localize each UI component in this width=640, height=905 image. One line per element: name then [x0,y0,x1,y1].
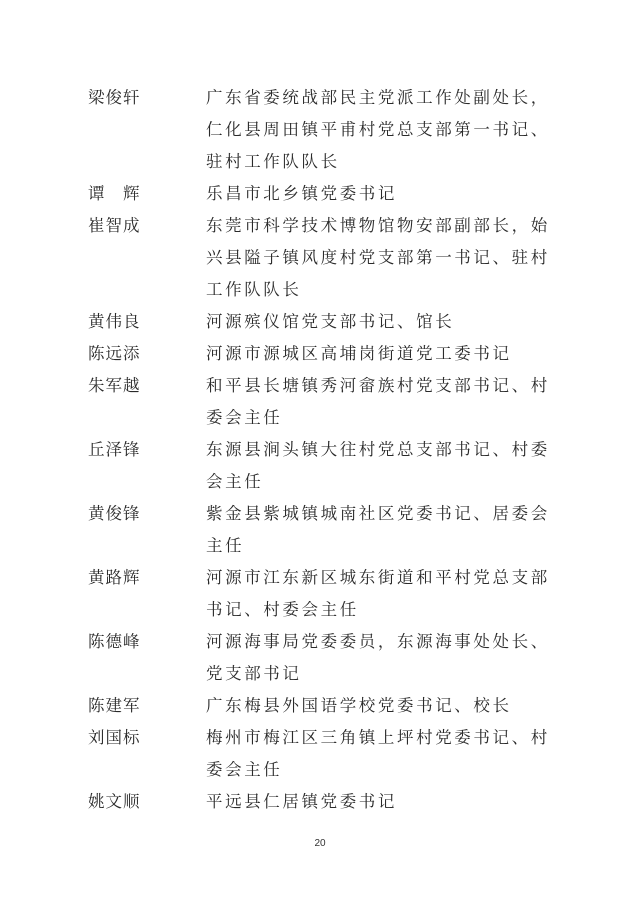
list-item: 陈远添 河源市源城区高埔岗街道党工委书记 [88,338,568,370]
list-item: 黄伟良 河源殡仪馆党支部书记、馆长 [88,306,568,338]
person-title: 平远县仁居镇党委书记 [206,786,568,818]
list-item: 梁俊轩 广东省委统战部民主党派工作处副处长，仁化县周田镇平甫村党总支部第一书记、… [88,82,568,178]
person-title: 广东梅县外国语学校党委书记、校长 [206,690,568,722]
person-name: 丘泽锋 [88,434,206,466]
person-title: 东莞市科学技术博物馆物安部副部长，始兴县隘子镇风度村党支部第一书记、驻村工作队队… [206,210,568,306]
page-number: 20 [0,838,640,849]
person-title: 梅州市梅江区三角镇上坪村党委书记、村委会主任 [206,722,568,786]
list-item: 丘泽锋 东源县涧头镇大往村党总支部书记、村委会主任 [88,434,568,498]
list-item: 陈德峰 河源海事局党委委员，东源海事处处长、党支部书记 [88,626,568,690]
person-name: 黄路辉 [88,562,206,594]
list-item: 黄路辉 河源市江东新区城东街道和平村党总支部书记、村委会主任 [88,562,568,626]
list-item: 朱军越 和平县长塘镇秀河畲族村党支部书记、村委会主任 [88,370,568,434]
person-title: 河源市源城区高埔岗街道党工委书记 [206,338,568,370]
document-page: 梁俊轩 广东省委统战部民主党派工作处副处长，仁化县周田镇平甫村党总支部第一书记、… [0,0,640,905]
person-name: 陈建军 [88,690,206,722]
person-title: 河源殡仪馆党支部书记、馆长 [206,306,568,338]
person-name: 黄伟良 [88,306,206,338]
person-name: 谭 辉 [88,178,206,210]
person-name: 朱军越 [88,370,206,402]
person-title: 河源海事局党委委员，东源海事处处长、党支部书记 [206,626,568,690]
person-title: 紫金县紫城镇城南社区党委书记、居委会主任 [206,498,568,562]
person-title: 河源市江东新区城东街道和平村党总支部书记、村委会主任 [206,562,568,626]
person-title: 和平县长塘镇秀河畲族村党支部书记、村委会主任 [206,370,568,434]
person-title: 乐昌市北乡镇党委书记 [206,178,568,210]
list-item: 黄俊锋 紫金县紫城镇城南社区党委书记、居委会主任 [88,498,568,562]
list-item: 谭 辉 乐昌市北乡镇党委书记 [88,178,568,210]
list-item: 陈建军 广东梅县外国语学校党委书记、校长 [88,690,568,722]
person-name: 黄俊锋 [88,498,206,530]
name-title-list: 梁俊轩 广东省委统战部民主党派工作处副处长，仁化县周田镇平甫村党总支部第一书记、… [88,82,568,818]
person-name: 刘国标 [88,722,206,754]
person-title: 广东省委统战部民主党派工作处副处长，仁化县周田镇平甫村党总支部第一书记、驻村工作… [206,82,568,178]
list-item: 姚文顺 平远县仁居镇党委书记 [88,786,568,818]
person-name: 崔智成 [88,210,206,242]
person-name: 姚文顺 [88,786,206,818]
person-name: 梁俊轩 [88,82,206,114]
person-name: 陈德峰 [88,626,206,658]
list-item: 崔智成 东莞市科学技术博物馆物安部副部长，始兴县隘子镇风度村党支部第一书记、驻村… [88,210,568,306]
list-item: 刘国标 梅州市梅江区三角镇上坪村党委书记、村委会主任 [88,722,568,786]
person-name: 陈远添 [88,338,206,370]
person-title: 东源县涧头镇大往村党总支部书记、村委会主任 [206,434,568,498]
